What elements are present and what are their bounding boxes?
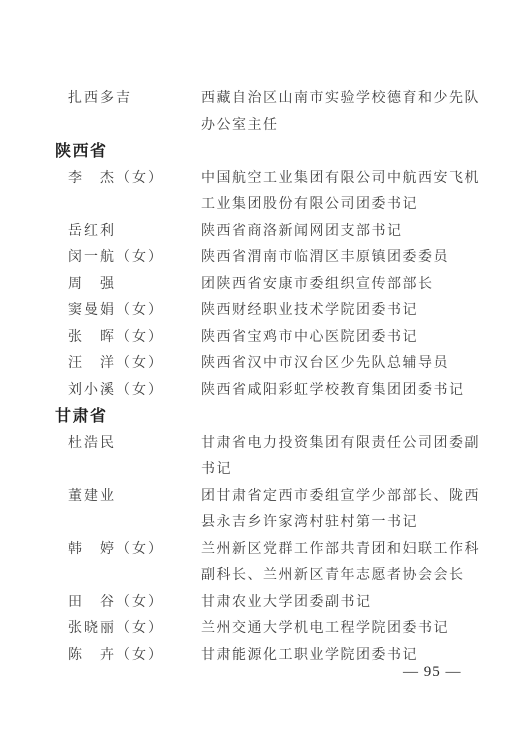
section-heading-shaanxi: 陕西省	[55, 139, 530, 166]
person-position: 陕西省咸阳彩虹学校教育集团团委书记	[201, 378, 530, 405]
person-position: 陕西省汉中市汉台区少先队总辅导员	[201, 351, 530, 378]
honor-roll-list: 扎西多吉 西藏自治区山南市实验学校德育和少先队 办公室主任 陕西省 李 杰（女）…	[0, 86, 530, 669]
list-item: 刘小溪（女） 陕西省咸阳彩虹学校教育集团团委书记	[0, 378, 530, 405]
position-line: 陕西省渭南市临渭区丰原镇团委委员	[201, 245, 530, 272]
position-line: 中国航空工业集团有限公司中航西安飞机	[201, 166, 530, 193]
person-name: 董建业	[68, 484, 201, 511]
position-line: 副科长、兰州新区青年志愿者协会会长	[201, 563, 530, 590]
position-line: 陕西省宝鸡市中心医院团委书记	[201, 325, 530, 352]
list-item: 张 晖（女） 陕西省宝鸡市中心医院团委书记	[0, 325, 530, 352]
person-position: 团甘肃省定西市委组宣学少部部长、陇西 县永吉乡许家湾村驻村第一书记	[201, 484, 530, 537]
position-line: 陕西省商洛新闻网团支部书记	[201, 219, 530, 246]
person-name: 汪 洋（女）	[68, 351, 201, 378]
position-line: 陕西财经职业技术学院团委书记	[201, 298, 530, 325]
person-position: 陕西省渭南市临渭区丰原镇团委委员	[201, 245, 530, 272]
person-name: 陈 卉（女）	[68, 643, 201, 670]
person-name: 窦曼娟（女）	[68, 298, 201, 325]
person-position: 陕西省宝鸡市中心医院团委书记	[201, 325, 530, 352]
person-position: 甘肃能源化工职业学院团委书记	[201, 643, 530, 670]
person-name: 周 强	[68, 272, 201, 299]
person-name: 刘小溪（女）	[68, 378, 201, 405]
list-item: 闵一航（女） 陕西省渭南市临渭区丰原镇团委委员	[0, 245, 530, 272]
list-item: 扎西多吉 西藏自治区山南市实验学校德育和少先队 办公室主任	[0, 86, 530, 139]
person-name: 杜浩民	[68, 431, 201, 458]
position-line: 陕西省汉中市汉台区少先队总辅导员	[201, 351, 530, 378]
person-position: 甘肃农业大学团委副书记	[201, 590, 530, 617]
person-position: 兰州新区党群工作部共青团和妇联工作科 副科长、兰州新区青年志愿者协会会长	[201, 537, 530, 590]
person-name: 田 谷（女）	[68, 590, 201, 617]
person-name: 扎西多吉	[68, 86, 201, 113]
list-item: 岳红利 陕西省商洛新闻网团支部书记	[0, 219, 530, 246]
list-item: 窦曼娟（女） 陕西财经职业技术学院团委书记	[0, 298, 530, 325]
list-item: 韩 婷（女） 兰州新区党群工作部共青团和妇联工作科 副科长、兰州新区青年志愿者协…	[0, 537, 530, 590]
person-position: 陕西财经职业技术学院团委书记	[201, 298, 530, 325]
person-position: 团陕西省安康市委组织宣传部部长	[201, 272, 530, 299]
list-item: 汪 洋（女） 陕西省汉中市汉台区少先队总辅导员	[0, 351, 530, 378]
position-line: 兰州新区党群工作部共青团和妇联工作科	[201, 537, 530, 564]
position-line: 办公室主任	[201, 113, 530, 140]
person-name: 岳红利	[68, 219, 201, 246]
person-name: 韩 婷（女）	[68, 537, 201, 564]
position-line: 工业集团股份有限公司团委书记	[201, 192, 530, 219]
person-name: 张 晖（女）	[68, 325, 201, 352]
page-number: — 95 —	[403, 664, 462, 681]
position-line: 甘肃农业大学团委副书记	[201, 590, 530, 617]
person-position: 兰州交通大学机电工程学院团委书记	[201, 616, 530, 643]
list-item: 周 强 团陕西省安康市委组织宣传部部长	[0, 272, 530, 299]
position-line: 陕西省咸阳彩虹学校教育集团团委书记	[201, 378, 530, 405]
person-position: 陕西省商洛新闻网团支部书记	[201, 219, 530, 246]
section-heading-gansu: 甘肃省	[55, 404, 530, 431]
position-line: 西藏自治区山南市实验学校德育和少先队	[201, 86, 530, 113]
position-line: 团甘肃省定西市委组宣学少部部长、陇西	[201, 484, 530, 511]
person-name: 闵一航（女）	[68, 245, 201, 272]
person-name: 李 杰（女）	[68, 166, 201, 193]
position-line: 县永吉乡许家湾村驻村第一书记	[201, 510, 530, 537]
person-position: 中国航空工业集团有限公司中航西安飞机 工业集团股份有限公司团委书记	[201, 166, 530, 219]
list-item: 杜浩民 甘肃省电力投资集团有限责任公司团委副 书记	[0, 431, 530, 484]
person-name: 张晓丽（女）	[68, 616, 201, 643]
position-line: 团陕西省安康市委组织宣传部部长	[201, 272, 530, 299]
list-item: 李 杰（女） 中国航空工业集团有限公司中航西安飞机 工业集团股份有限公司团委书记	[0, 166, 530, 219]
person-position: 甘肃省电力投资集团有限责任公司团委副 书记	[201, 431, 530, 484]
list-item: 田 谷（女） 甘肃农业大学团委副书记	[0, 590, 530, 617]
position-line: 兰州交通大学机电工程学院团委书记	[201, 616, 530, 643]
person-position: 西藏自治区山南市实验学校德育和少先队 办公室主任	[201, 86, 530, 139]
list-item: 张晓丽（女） 兰州交通大学机电工程学院团委书记	[0, 616, 530, 643]
position-line: 甘肃省电力投资集团有限责任公司团委副	[201, 431, 530, 458]
position-line: 书记	[201, 457, 530, 484]
position-line: 甘肃能源化工职业学院团委书记	[201, 643, 530, 670]
list-item: 董建业 团甘肃省定西市委组宣学少部部长、陇西 县永吉乡许家湾村驻村第一书记	[0, 484, 530, 537]
